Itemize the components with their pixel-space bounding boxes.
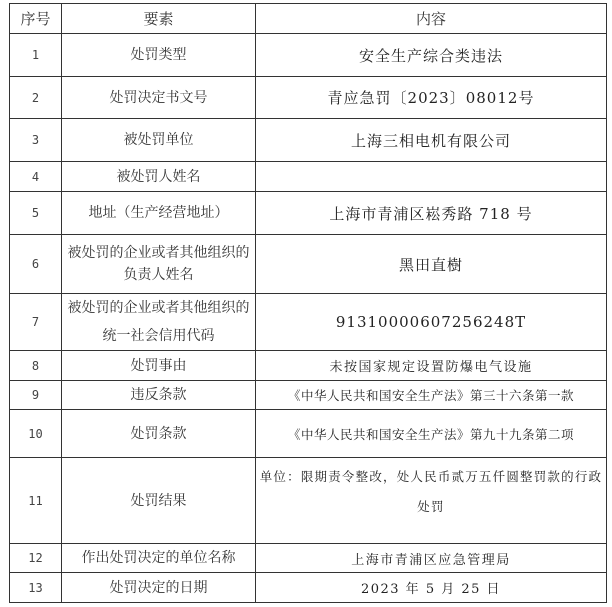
row-element: 处罚决定的日期 [62,573,256,603]
row-content: 2023 年 5 月 25 日 [256,573,607,603]
table-row: 8 处罚事由 未按国家规定设置防爆电气设施 [10,351,607,381]
table-row: 7 被处罚的企业或者其他组织的统一社会信用代码 9131000060725624… [10,294,607,351]
row-element: 处罚条款 [62,410,256,458]
table-row: 9 违反条款 《中华人民共和国安全生产法》第三十六条第一款 [10,381,607,410]
row-content: 上海三相电机有限公司 [256,119,607,162]
row-element: 地址（生产经营地址） [62,192,256,235]
header-element: 要素 [62,4,256,34]
table-row: 4 被处罚人姓名 [10,162,607,192]
table-row: 1 处罚类型 安全生产综合类违法 [10,34,607,77]
row-number: 12 [10,544,62,573]
row-content: 单位：限期责令整改，处人民币贰万五仟圆整罚款的行政处罚 [256,458,607,544]
row-number: 5 [10,192,62,235]
row-number: 13 [10,573,62,603]
row-element: 被处罚单位 [62,119,256,162]
row-content: 上海市青浦区应急管理局 [256,544,607,573]
row-content: 青应急罚〔2023〕08012号 [256,77,607,119]
row-element: 处罚结果 [62,458,256,544]
table-header-row: 序号 要素 内容 [10,4,607,34]
row-number: 4 [10,162,62,192]
row-element: 违反条款 [62,381,256,410]
row-content: 未按国家规定设置防爆电气设施 [256,351,607,381]
row-element: 处罚事由 [62,351,256,381]
row-element: 作出处罚决定的单位名称 [62,544,256,573]
row-number: 11 [10,458,62,544]
table-row: 3 被处罚单位 上海三相电机有限公司 [10,119,607,162]
row-number: 9 [10,381,62,410]
header-serial-number: 序号 [10,4,62,34]
table-row: 13 处罚决定的日期 2023 年 5 月 25 日 [10,573,607,603]
row-element: 被处罚人姓名 [62,162,256,192]
table-row: 2 处罚决定书文号 青应急罚〔2023〕08012号 [10,77,607,119]
table-row: 10 处罚条款 《中华人民共和国安全生产法》第九十九条第二项 [10,410,607,458]
table-row: 11 处罚结果 单位：限期责令整改，处人民币贰万五仟圆整罚款的行政处罚 [10,458,607,544]
row-number: 1 [10,34,62,77]
row-content: 安全生产综合类违法 [256,34,607,77]
table-row: 5 地址（生产经营地址） 上海市青浦区崧秀路 718 号 [10,192,607,235]
row-number: 8 [10,351,62,381]
row-number: 3 [10,119,62,162]
row-content: 上海市青浦区崧秀路 718 号 [256,192,607,235]
row-number: 2 [10,77,62,119]
row-content: 《中华人民共和国安全生产法》第三十六条第一款 [256,381,607,410]
row-element: 被处罚的企业或者其他组织的统一社会信用代码 [62,294,256,351]
row-number: 10 [10,410,62,458]
row-number: 6 [10,235,62,294]
row-element: 被处罚的企业或者其他组织的负责人姓名 [62,235,256,294]
row-content: 黑田直樹 [256,235,607,294]
row-content: 91310000607256248T [256,294,607,351]
row-content: 《中华人民共和国安全生产法》第九十九条第二项 [256,410,607,458]
row-number: 7 [10,294,62,351]
table-row: 6 被处罚的企业或者其他组织的负责人姓名 黑田直樹 [10,235,607,294]
row-content [256,162,607,192]
penalty-info-table: 序号 要素 内容 1 处罚类型 安全生产综合类违法 2 处罚决定书文号 青应急罚… [9,3,607,603]
header-content: 内容 [256,4,607,34]
row-element: 处罚类型 [62,34,256,77]
row-element: 处罚决定书文号 [62,77,256,119]
table-row: 12 作出处罚决定的单位名称 上海市青浦区应急管理局 [10,544,607,573]
